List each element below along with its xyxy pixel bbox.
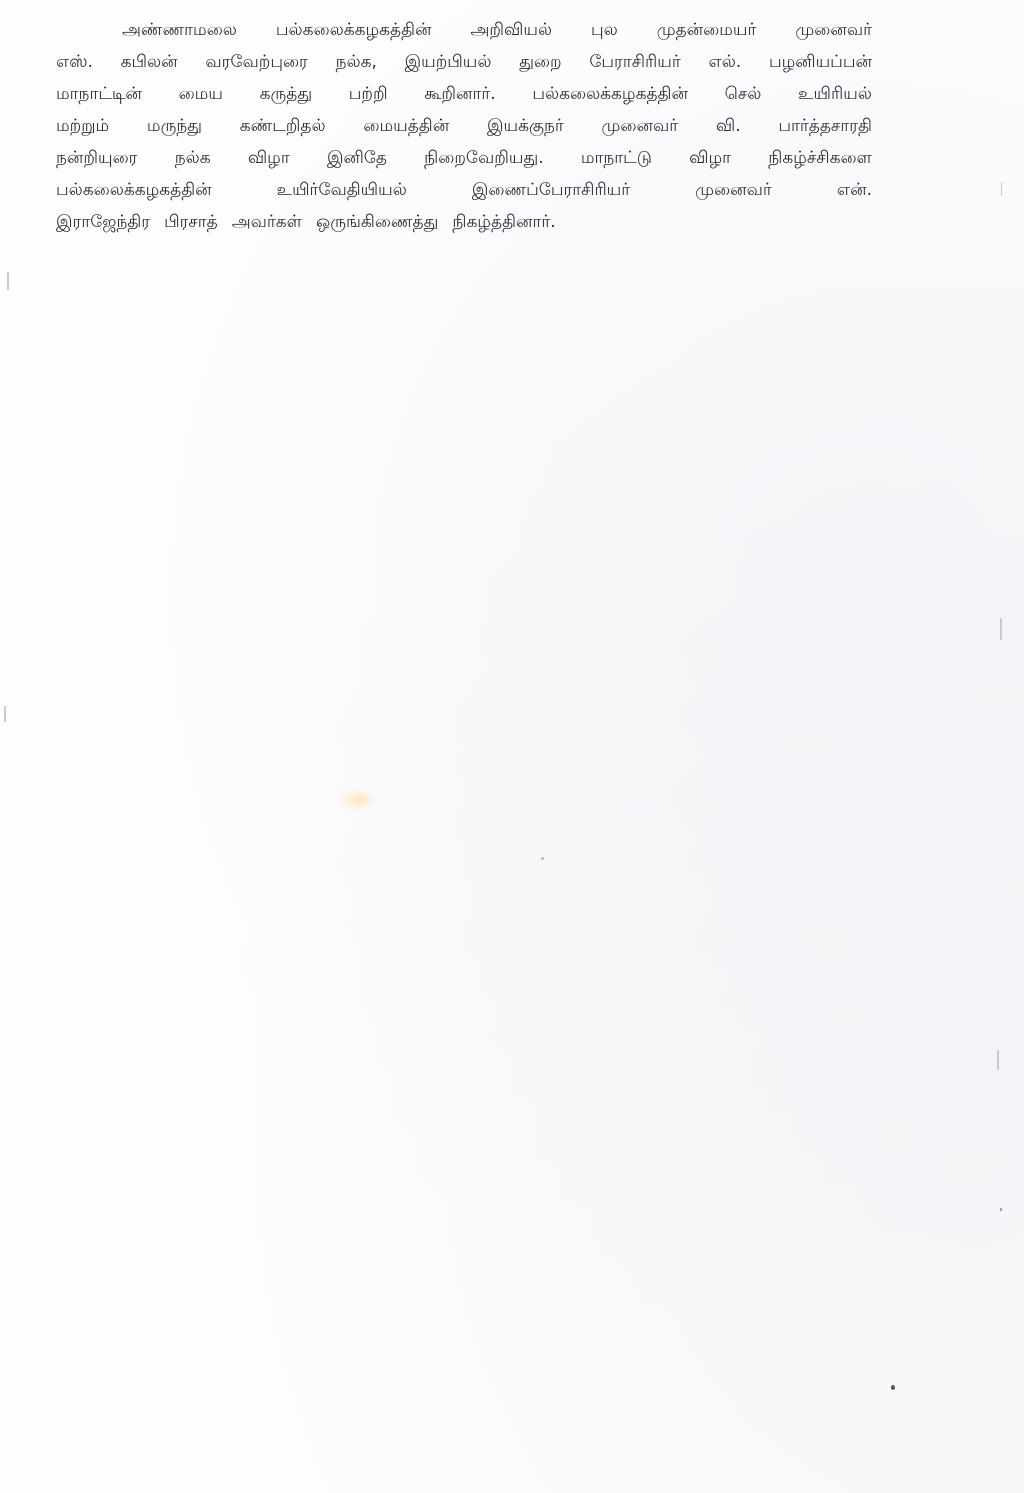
word: கருத்து <box>260 78 312 110</box>
word: நிகழ்த்தினார். <box>452 206 555 238</box>
word: அண்ணாமலை <box>122 14 237 46</box>
text-line: அண்ணாமலைபல்கலைக்கழகத்தின்அறிவியல்புலமுதன… <box>56 14 872 46</box>
text-line: எஸ்.கபிலன்வரவேற்புரைநல்க,இயற்பியல்துறைபே… <box>56 46 872 78</box>
word: முதன்மையர் <box>657 14 757 46</box>
scan-artifact-mark <box>7 272 9 290</box>
text-line: பல்கலைக்கழகத்தின்உயிர்வேதியியல்இணைப்பேரா… <box>56 174 872 206</box>
word: இராஜேந்திர <box>56 206 150 238</box>
scan-artifact-mark <box>997 1050 999 1070</box>
word: முனைவர் <box>602 110 679 142</box>
word: பல்கலைக்கழகத்தின் <box>56 174 212 206</box>
word: நல்க, <box>336 46 377 78</box>
word: பிரசாத் <box>164 206 218 238</box>
word: துறை <box>519 46 561 78</box>
word: இணைப்பேராசிரியர் <box>472 174 630 206</box>
word: கூறினார். <box>424 78 495 110</box>
scan-artifact-dot <box>1000 1208 1002 1211</box>
word: விழா <box>248 142 290 174</box>
word: மைய <box>179 78 223 110</box>
word: மையத்தின் <box>363 110 449 142</box>
text-line: மற்றும்மருந்துகண்டறிதல்மையத்தின்இயக்குநர… <box>56 110 872 142</box>
word: மாநாட்டு <box>581 142 652 174</box>
word: இயக்குநர் <box>487 110 564 142</box>
word: புல <box>591 14 618 46</box>
scan-artifact-mark <box>1001 182 1002 196</box>
scan-artifact-stain <box>338 790 378 810</box>
word: மருந்து <box>147 110 202 142</box>
word: பற்றி <box>349 78 388 110</box>
word: பல்கலைக்கழகத்தின் <box>532 78 688 110</box>
body-paragraph: அண்ணாமலைபல்கலைக்கழகத்தின்அறிவியல்புலமுதன… <box>56 14 872 238</box>
scan-artifact-mark <box>1000 618 1002 640</box>
word: விழா <box>689 142 731 174</box>
word: கபிலன் <box>121 46 178 78</box>
word: வரவேற்புரை <box>205 46 307 78</box>
word: வி. <box>716 110 741 142</box>
word: கண்டறிதல் <box>240 110 326 142</box>
text-line: மாநாட்டின்மையகருத்துபற்றிகூறினார்.பல்கலை… <box>56 78 872 110</box>
word: உயிரியல் <box>798 78 872 110</box>
word: ஒருங்கிணைத்து <box>316 206 438 238</box>
word: பேராசிரியர் <box>589 46 680 78</box>
word: நிகழ்ச்சிகளை <box>768 142 872 174</box>
word: அவர்கள் <box>232 206 302 238</box>
word: நிறைவேறியது. <box>424 142 543 174</box>
word: மற்றும் <box>56 110 109 142</box>
word: முனைவர் <box>795 14 872 46</box>
word: முனைவர் <box>695 174 772 206</box>
word: எல். <box>708 46 741 78</box>
text-line: இராஜேந்திரபிரசாத்அவர்கள்ஒருங்கிணைத்துநிக… <box>56 206 872 238</box>
word: உயிர்வேதியியல் <box>277 174 407 206</box>
word: மாநாட்டின் <box>56 78 142 110</box>
word: என். <box>837 174 872 206</box>
scanned-page: அண்ணாமலைபல்கலைக்கழகத்தின்அறிவியல்புலமுதன… <box>0 0 1024 1493</box>
word: நல்க <box>175 142 211 174</box>
word: அறிவியல் <box>470 14 552 46</box>
word: செல் <box>725 78 762 110</box>
word: நன்றியுரை <box>56 142 137 174</box>
word: பார்த்தசாரதி <box>778 110 872 142</box>
word: இயற்பியல் <box>405 46 492 78</box>
scan-artifact-mark <box>4 706 6 722</box>
word: பல்கலைக்கழகத்தின் <box>276 14 432 46</box>
scan-artifact-dot <box>891 1385 895 1390</box>
word: பழனியப்பன் <box>769 46 872 78</box>
word: இனிதே <box>327 142 387 174</box>
text-line: நன்றியுரைநல்கவிழாஇனிதேநிறைவேறியது.மாநாட்… <box>56 142 872 174</box>
scan-artifact-dot <box>541 857 544 860</box>
word: எஸ். <box>56 46 93 78</box>
